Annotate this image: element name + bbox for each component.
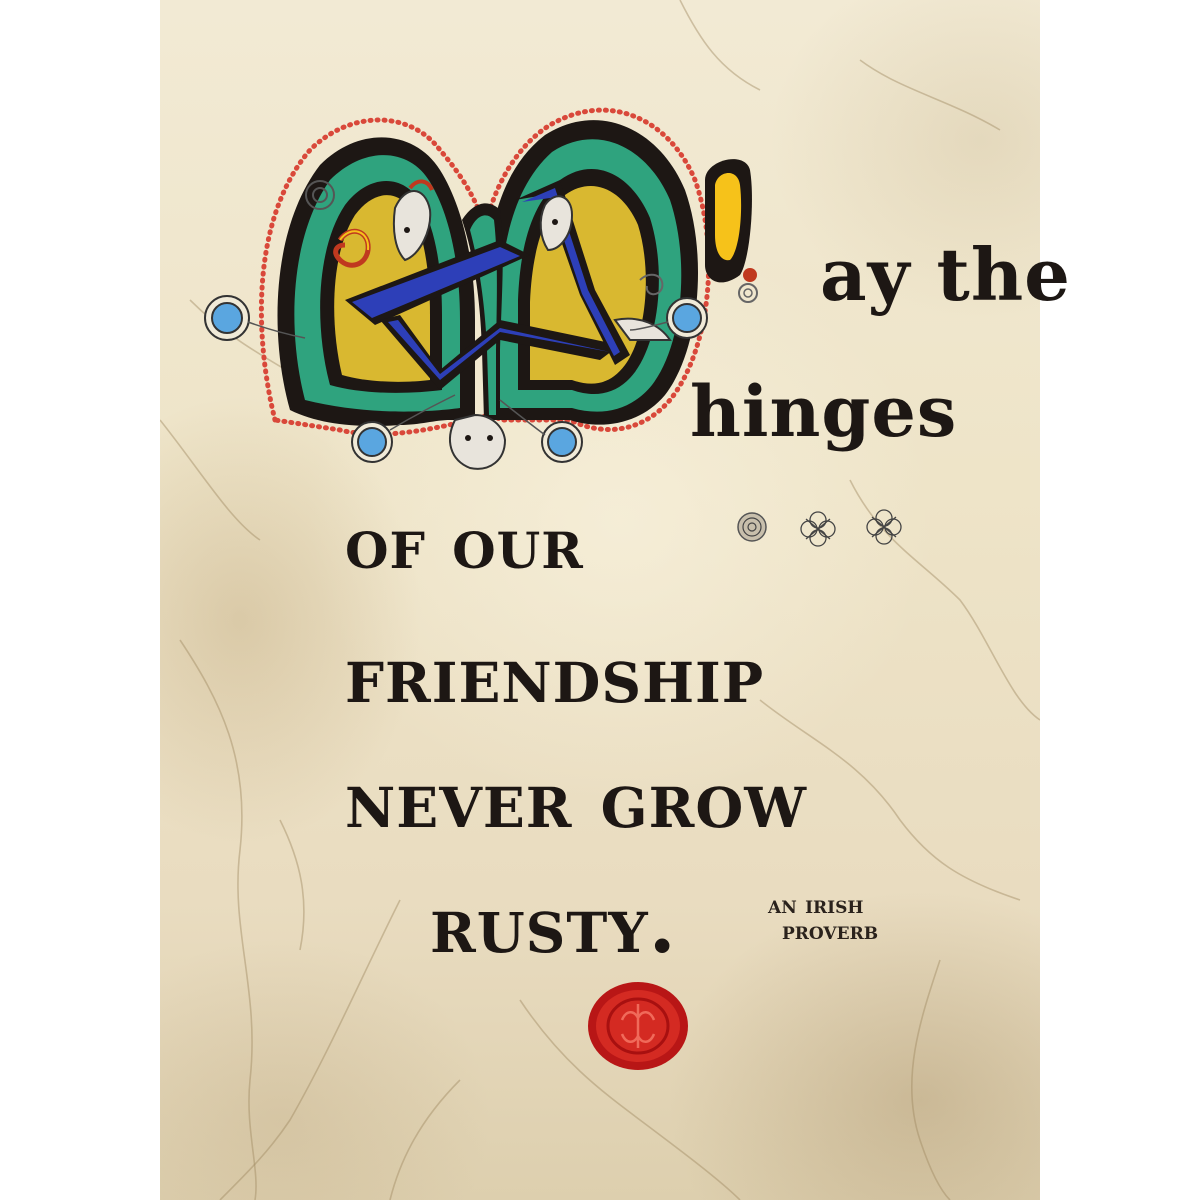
spiral-roundel-icon (738, 513, 766, 541)
attribution: an irish proverb (768, 892, 878, 944)
celtic-knot-rosette-icon (867, 510, 901, 544)
illuminated-initial-m (200, 90, 760, 490)
text-line-4: friendship (345, 630, 764, 721)
attribution-line-2: proverb (768, 918, 878, 944)
text-line-1: ay the (820, 232, 1071, 317)
red-wax-seal (586, 980, 690, 1072)
ornament-row (736, 505, 936, 555)
text-line-6: rusty. (430, 880, 677, 971)
text-line-2: hinges (690, 370, 957, 453)
text-line-3: of our (345, 500, 584, 585)
attribution-line-1: an irish (768, 892, 878, 918)
celtic-knot-rosette-icon (801, 512, 835, 546)
text-line-5: never grow (345, 755, 807, 846)
